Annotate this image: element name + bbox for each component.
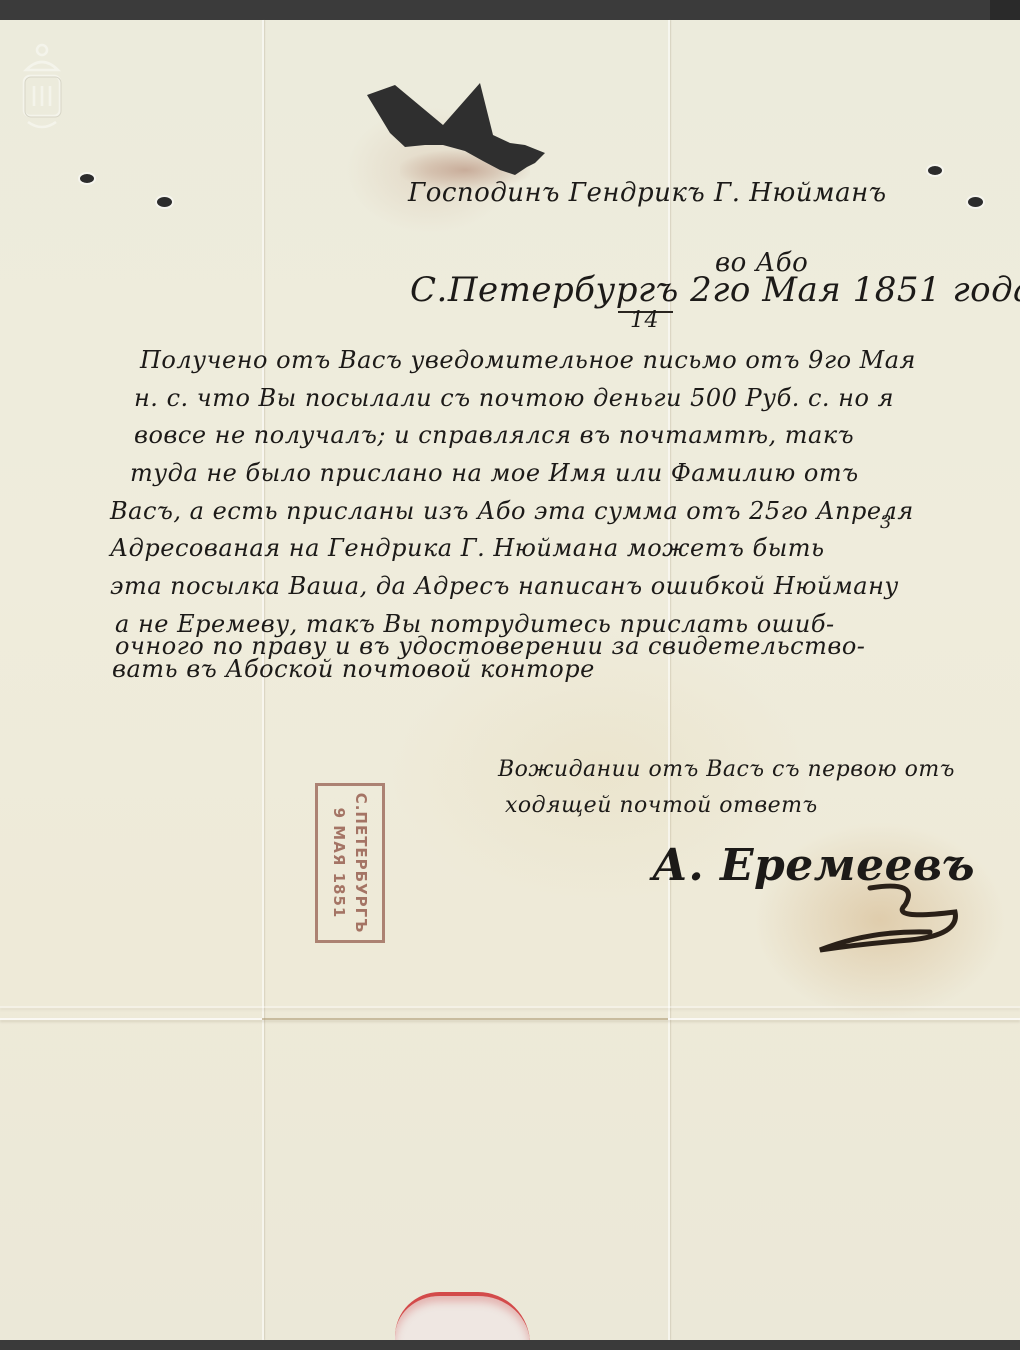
scan-border-top <box>0 0 1020 20</box>
embossed-crest-icon <box>12 40 72 135</box>
body-line: Васъ, а есть присланы изъ Або эта сумма … <box>110 497 914 525</box>
scan-border-bottom <box>0 1340 1020 1350</box>
body-line: вовсе не получалъ; и справлялся въ почта… <box>134 421 854 449</box>
fold-line-vertical-right <box>668 20 670 1340</box>
punched-hole <box>928 166 942 175</box>
punched-hole <box>157 197 172 207</box>
date-annotation: 14 <box>630 308 659 333</box>
addressee-line: Господинъ Гендрикъ Г. Нюйманъ <box>408 178 887 208</box>
body-line: эта посылка Ваша, да Адресъ написанъ оши… <box>110 572 899 600</box>
closing-line: ходящей почтой ответъ <box>505 793 818 818</box>
signature-flourish <box>810 880 970 960</box>
fold-line-horizontal-secondary <box>0 1006 1020 1008</box>
scan-border-corner <box>990 0 1020 22</box>
punched-hole <box>968 197 983 207</box>
torn-seal-hole <box>365 75 545 185</box>
postmark-date: 9 МАЯ 1851 <box>328 788 350 938</box>
body-line: Адресованая на Гендрика Г. Нюймана может… <box>110 534 825 562</box>
closing-line: Вожидании отъ Васъ съ первою отъ <box>498 757 955 782</box>
punched-hole <box>80 174 94 183</box>
postmark-city: С.ПЕТЕРБУРГЪ <box>350 788 372 938</box>
body-line: Получено отъ Васъ уведомительное письмо … <box>140 346 916 374</box>
fold-line-horizontal <box>0 1018 1020 1020</box>
body-line: н. с. что Вы посылали съ почтою деньги 5… <box>134 384 894 412</box>
body-line: туда не было прислано на мое Имя или Фам… <box>130 459 859 487</box>
body-line: вать въ Абоской почтовой конторе <box>112 655 595 683</box>
insert-mark: 3 <box>880 512 892 533</box>
postmark-stamp: С.ПЕТЕРБУРГЪ 9 МАЯ 1851 <box>315 783 385 943</box>
date-line: С.Петербургъ 2го Мая 1851 года <box>410 270 1020 310</box>
